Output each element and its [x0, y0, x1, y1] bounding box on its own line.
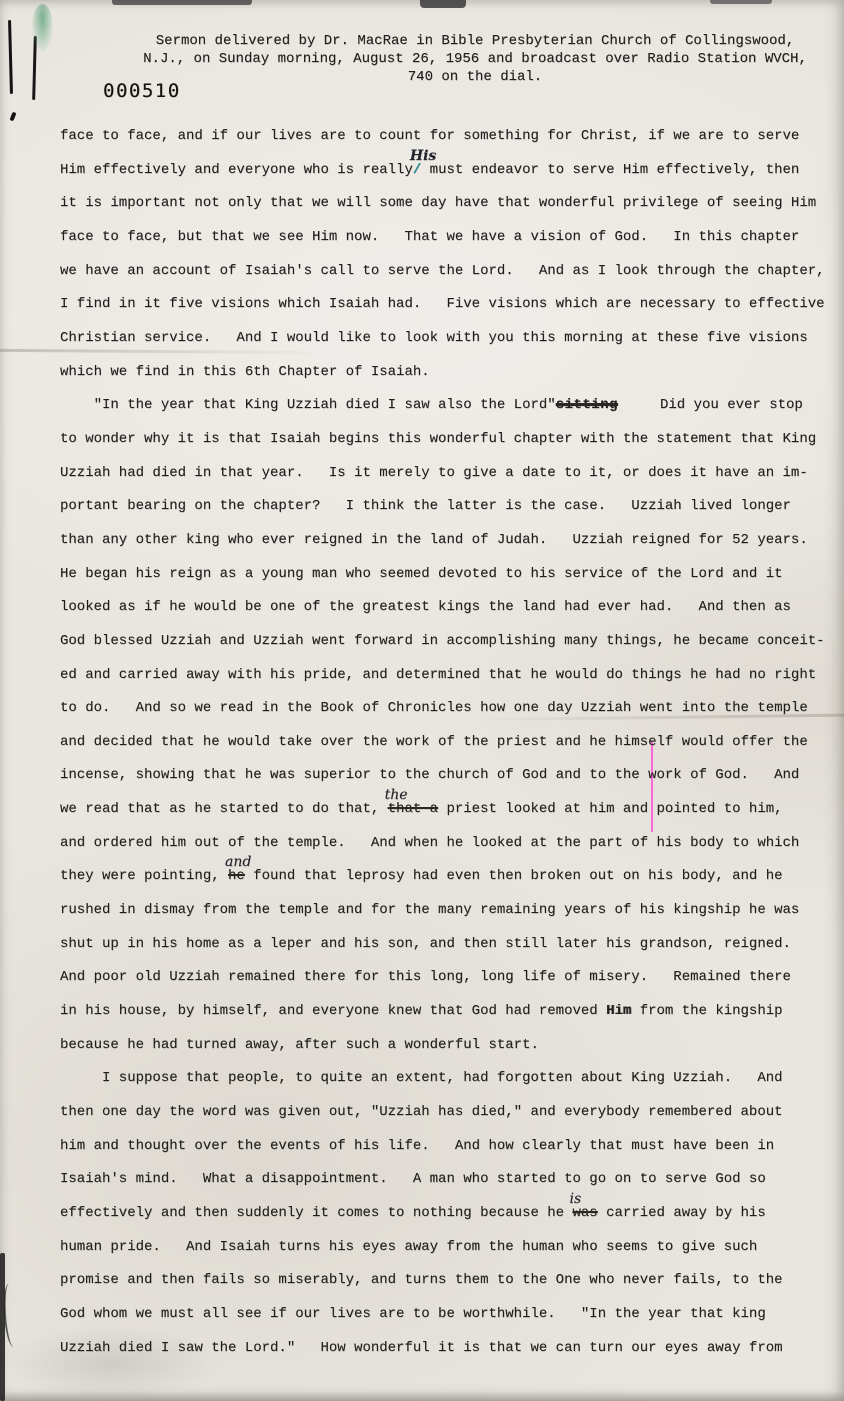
staple-mark — [8, 20, 13, 94]
typewritten-text: face to face, and if our lives are to co… — [60, 128, 799, 144]
header-line-3: 740 on the dial. — [130, 68, 820, 86]
text-line: Him effectively and everyone who is real… — [60, 154, 835, 188]
typewritten-text: must endeavor to serve Him effectively, … — [421, 162, 799, 178]
typewritten-text: shut up in his home as a leper and his s… — [60, 936, 791, 952]
text-line: looked as if he would be one of the grea… — [60, 591, 835, 625]
typewritten-text: Christian service. And I would like to l… — [60, 330, 808, 346]
text-line: "In the year that King Uzziah died I saw… — [60, 389, 835, 423]
typewritten-text: we have an account of Isaiah's call to s… — [60, 263, 825, 279]
text-line: we have an account of Isaiah's call to s… — [60, 255, 835, 289]
text-line: I suppose that people, to quite an exten… — [60, 1062, 835, 1096]
typewritten-text: Uzziah had died in that year. Is it mere… — [60, 465, 808, 481]
text-line: we read that as he started to do that, t… — [60, 793, 835, 827]
text-line: rushed in dismay from the temple and for… — [60, 894, 835, 928]
text-line: Isaiah's mind. What a disappointment. A … — [60, 1163, 835, 1197]
document-stamp: 000510 — [103, 80, 181, 102]
text-line: then one day the word was given out, "Uz… — [60, 1096, 835, 1130]
typewritten-text: because he had turned away, after such a… — [60, 1037, 539, 1053]
text-line: incense, showing that he was superior to… — [60, 759, 835, 793]
text-line: He began his reign as a young man who se… — [60, 558, 835, 592]
typewritten-text: which we find in this 6th Chapter of Isa… — [60, 364, 430, 380]
typewritten-text: Uzziah died I saw the Lord." How wonderf… — [60, 1340, 783, 1356]
typewritten-text: from the kingship — [631, 1003, 782, 1019]
text-line: they were pointing, heand found that lep… — [60, 860, 835, 894]
staple-mark — [9, 112, 16, 122]
scan-edge-mark — [112, 0, 252, 5]
scan-edge-mark — [420, 0, 466, 8]
text-line: God blessed Uzziah and Uzziah went forwa… — [60, 625, 835, 659]
typewritten-text: I suppose that people, to quite an exten… — [60, 1070, 783, 1086]
typewritten-text: Isaiah's mind. What a disappointment. A … — [60, 1171, 766, 1187]
text-line: to wonder why it is that Isaiah begins t… — [60, 423, 835, 457]
typewritten-text: God whom we must all see if our lives ar… — [60, 1306, 766, 1322]
scanned-document-page: Sermon delivered by Dr. MacRae in Bible … — [0, 0, 844, 1401]
ink-smudge — [32, 4, 53, 51]
typewritten-text: to wonder why it is that Isaiah begins t… — [60, 431, 816, 447]
text-line: and ordered him out of the temple. And w… — [60, 827, 835, 861]
handwritten-annotation: His — [410, 149, 436, 163]
strikethrough-text: sitting — [556, 397, 618, 413]
text-line: face to face, but that we see Him now. T… — [60, 221, 835, 255]
typewritten-text: I find in it five visions which Isaiah h… — [60, 296, 825, 312]
typewritten-text: him and thought over the events of his l… — [60, 1138, 774, 1154]
typewritten-text: "In the year that King Uzziah died I saw… — [60, 397, 556, 413]
typewritten-text: He began his reign as a young man who se… — [60, 566, 783, 582]
text-line: and decided that he would take over the … — [60, 726, 835, 760]
insertion-caret: /His — [413, 162, 421, 178]
typewritten-text: effectively and then suddenly it comes t… — [60, 1205, 572, 1221]
typewritten-text: to do. And so we read in the Book of Chr… — [60, 700, 808, 716]
typewritten-text: than any other king who ever reigned in … — [60, 532, 808, 548]
typewritten-text: priest looked at him and pointed to him, — [438, 801, 782, 817]
typewritten-text: looked as if he would be one of the grea… — [60, 599, 791, 615]
text-line: him and thought over the events of his l… — [60, 1130, 835, 1164]
text-line: to do. And so we read in the Book of Chr… — [60, 692, 835, 726]
handwritten-annotation: is — [569, 1192, 581, 1206]
header-line-2: N.J., on Sunday morning, August 26, 1956… — [130, 50, 820, 68]
text-line: Uzziah died I saw the Lord." How wonderf… — [60, 1332, 835, 1366]
text-line: I find in it five visions which Isaiah h… — [60, 288, 835, 322]
text-line: in his house, by himself, and everyone k… — [60, 995, 835, 1029]
typewritten-text: Him effectively and everyone who is real… — [60, 162, 413, 178]
strikethrough-text: heand — [228, 868, 245, 884]
text-line: face to face, and if our lives are to co… — [60, 120, 835, 154]
typewritten-text: it is important not only that we will so… — [60, 195, 816, 211]
text-line: it is important not only that we will so… — [60, 187, 835, 221]
typewritten-text: ed and carried away with his pride, and … — [60, 667, 816, 683]
typewritten-text: Did you ever stop — [618, 397, 803, 413]
document-body: face to face, and if our lives are to co… — [60, 120, 835, 1365]
typewritten-text: face to face, but that we see Him now. T… — [60, 229, 799, 245]
typewritten-text: they were pointing, — [60, 868, 228, 884]
text-line: Uzziah had died in that year. Is it mere… — [60, 457, 835, 491]
typewritten-text: we read that as he started to do that, — [60, 801, 388, 817]
typewritten-text: and decided that he would take over the … — [60, 734, 808, 750]
typewritten-text: found that leprosy had even then broken … — [245, 868, 783, 884]
handwritten-annotation: the — [385, 788, 408, 802]
handwritten-annotation: and — [225, 855, 251, 869]
typewritten-text: human pride. And Isaiah turns his eyes a… — [60, 1239, 757, 1255]
typewritten-text: promise and then fails so miserably, and… — [60, 1272, 783, 1288]
text-line: And poor old Uzziah remained there for t… — [60, 961, 835, 995]
text-line: promise and then fails so miserably, and… — [60, 1264, 835, 1298]
typewritten-text: carried away by his — [598, 1205, 766, 1221]
binding-edge-mark — [0, 1253, 5, 1401]
text-line: Christian service. And I would like to l… — [60, 322, 835, 356]
text-line: which we find in this 6th Chapter of Isa… — [60, 356, 835, 390]
strikethrough-text: wasis — [572, 1205, 597, 1221]
text-line: portant bearing on the chapter? I think … — [60, 490, 835, 524]
text-line: God whom we must all see if our lives ar… — [60, 1298, 835, 1332]
strikethrough-text: that athe — [388, 801, 438, 817]
header-line-1: Sermon delivered by Dr. MacRae in Bible … — [130, 32, 820, 50]
text-line: human pride. And Isaiah turns his eyes a… — [60, 1231, 835, 1265]
typewritten-text: rushed in dismay from the temple and for… — [60, 902, 799, 918]
text-line: effectively and then suddenly it comes t… — [60, 1197, 835, 1231]
document-header: Sermon delivered by Dr. MacRae in Bible … — [130, 32, 820, 86]
text-line: than any other king who ever reigned in … — [60, 524, 835, 558]
typewritten-text: in his house, by himself, and everyone k… — [60, 1003, 606, 1019]
typewritten-text: incense, showing that he was superior to… — [60, 767, 799, 783]
text-line: shut up in his home as a leper and his s… — [60, 928, 835, 962]
text-line: ed and carried away with his pride, and … — [60, 659, 835, 693]
overtyped-text: Him — [606, 1003, 631, 1019]
text-line: because he had turned away, after such a… — [60, 1029, 835, 1063]
scan-edge-mark — [710, 0, 772, 4]
typewritten-text: and ordered him out of the temple. And w… — [60, 835, 799, 851]
typewritten-text: And poor old Uzziah remained there for t… — [60, 969, 791, 985]
typewritten-text: portant bearing on the chapter? I think … — [60, 498, 791, 514]
typewritten-text: then one day the word was given out, "Uz… — [60, 1104, 783, 1120]
typewritten-text: God blessed Uzziah and Uzziah went forwa… — [60, 633, 825, 649]
